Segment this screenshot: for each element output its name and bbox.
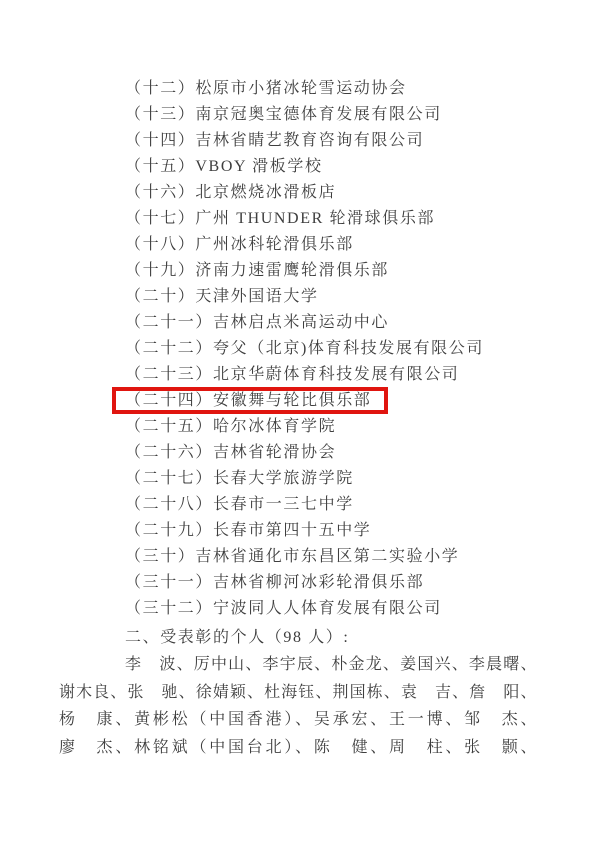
individual-names: 李 波、厉中山、李宇辰、朴金龙、姜国兴、李晨曙、谢木良、张 驰、徐婧颖、杜海钰、… — [59, 651, 537, 761]
org-list-item: （十六）北京燃烧冰滑板店 — [59, 180, 537, 206]
org-list: （十二）松原市小猪冰轮雪运动协会（十三）南京冠奥宝德体育发展有限公司（十四）吉林… — [59, 76, 537, 622]
red-highlight-box: （二十四）安徽舞与轮比俱乐部 — [125, 391, 371, 411]
individual-name-line: 谢木良、张 驰、徐婧颖、杜海钰、荆国栋、袁 吉、詹 阳、 — [59, 679, 537, 707]
org-list-item: （三十）吉林省通化市东昌区第二实验小学 — [59, 544, 537, 570]
org-list-item: （二十一）吉林启点米高运动中心 — [59, 310, 537, 336]
org-list-item: （十二）松原市小猪冰轮雪运动协会 — [59, 76, 537, 102]
org-list-item: （二十）天津外国语大学 — [59, 284, 537, 310]
org-list-item: （十三）南京冠奥宝德体育发展有限公司 — [59, 102, 537, 128]
org-list-item: （二十八）长春市一三七中学 — [59, 492, 537, 518]
org-list-item: （三十一）吉林省柳河冰彩轮滑俱乐部 — [59, 570, 537, 596]
org-list-item: （十八）广州冰科轮滑俱乐部 — [59, 232, 537, 258]
org-list-item: （二十二）夸父（北京)体育科技发展有限公司 — [59, 336, 537, 362]
org-list-item: （二十三）北京华蔚体育科技发展有限公司 — [59, 362, 537, 388]
individual-name-line: 杨 康、黄彬松（中国香港）、吴承宏、王一博、邹 杰、 — [59, 706, 537, 734]
org-list-item: （三十二）宁波同人人体育发展有限公司 — [59, 596, 537, 622]
org-list-item: （十九）济南力速雷鹰轮滑俱乐部 — [59, 258, 537, 284]
individual-name-line: 李 波、厉中山、李宇辰、朴金龙、姜国兴、李晨曙、 — [59, 651, 537, 679]
org-list-item: （二十五）哈尔冰体育学院 — [59, 414, 537, 440]
org-list-item: （二十四）安徽舞与轮比俱乐部 — [59, 388, 537, 414]
document-page: （十二）松原市小猪冰轮雪运动协会（十三）南京冠奥宝德体育发展有限公司（十四）吉林… — [59, 76, 537, 761]
org-list-item: （十四）吉林省睛艺教育咨询有限公司 — [59, 128, 537, 154]
org-list-item: （二十六）吉林省轮滑协会 — [59, 440, 537, 466]
org-list-item: （十七）广州 THUNDER 轮滑球俱乐部 — [59, 206, 537, 232]
individual-name-line: 廖 杰、林铭斌（中国台北）、陈 健、周 柱、张 颢、 — [59, 734, 537, 762]
org-list-item: （二十七）长春大学旅游学院 — [59, 466, 537, 492]
section-heading: 二、受表彰的个人（98 人）: — [59, 625, 537, 651]
org-list-item: （二十九）长春市第四十五中学 — [59, 518, 537, 544]
org-list-item: （十五）VBOY 滑板学校 — [59, 154, 537, 180]
